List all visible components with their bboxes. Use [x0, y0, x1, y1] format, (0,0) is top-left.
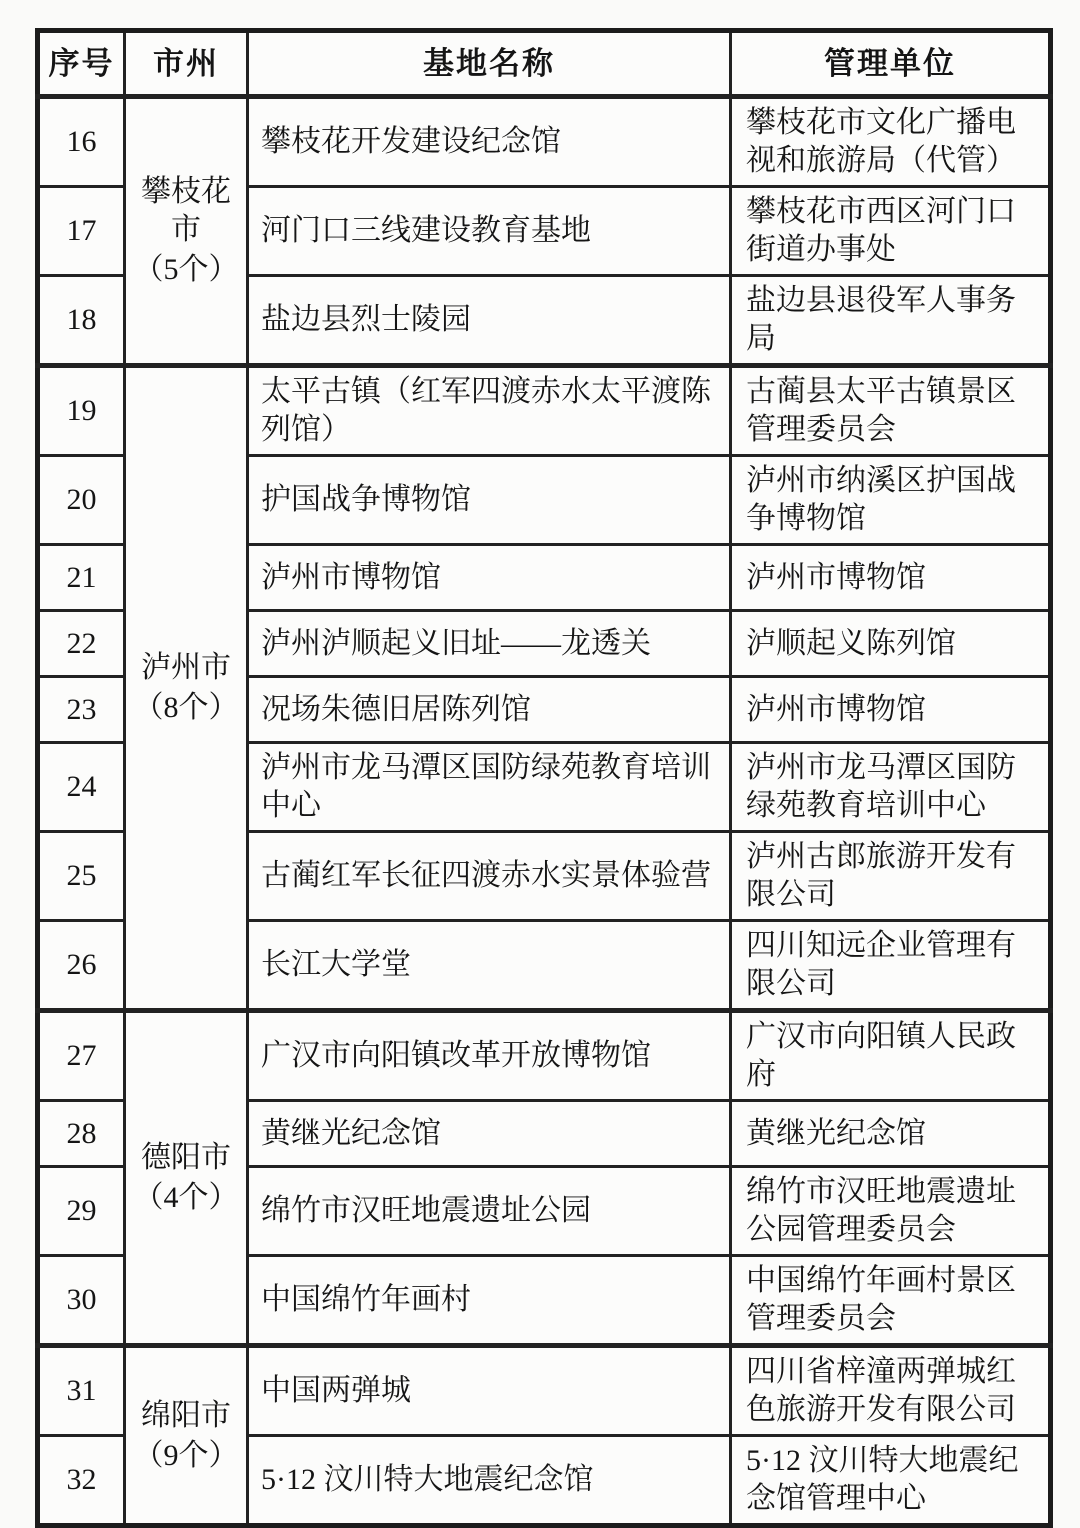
serial-number-cell: 21	[38, 545, 125, 611]
serial-number-cell: 31	[38, 1346, 125, 1436]
header-city: 市州	[125, 31, 248, 97]
base-name-cell: 古蔺红军长征四渡赤水实景体验营	[248, 832, 731, 921]
managing-unit-cell: 四川省梓潼两弹城红色旅游开发有限公司	[731, 1346, 1051, 1436]
city-group-cell: 德阳市（4个）	[125, 1011, 248, 1346]
managing-unit-cell: 四川知远企业管理有限公司	[731, 921, 1051, 1011]
serial-number-cell: 23	[38, 677, 125, 743]
managing-unit-cell: 盐边县退役军人事务局	[731, 276, 1051, 366]
managing-unit-cell: 泸州市纳溪区护国战争博物馆	[731, 456, 1051, 545]
table-row: 27德阳市（4个）广汉市向阳镇改革开放博物馆广汉市向阳镇人民政府	[38, 1011, 1051, 1101]
base-name-cell: 攀枝花开发建设纪念馆	[248, 97, 731, 187]
base-name-cell: 绵竹市汉旺地震遗址公园	[248, 1167, 731, 1256]
table-row: 16攀枝花市（5个）攀枝花开发建设纪念馆攀枝花市文化广播电视和旅游局（代管）	[38, 97, 1051, 187]
base-name-cell: 况场朱德旧居陈列馆	[248, 677, 731, 743]
document-page: 序号 市州 基地名称 管理单位 16攀枝花市（5个）攀枝花开发建设纪念馆攀枝花市…	[0, 0, 1080, 1528]
serial-number-cell: 27	[38, 1011, 125, 1101]
serial-number-cell: 26	[38, 921, 125, 1011]
city-name: 德阳市	[129, 1139, 243, 1177]
managing-unit-cell: 古蔺县太平古镇景区管理委员会	[731, 366, 1051, 456]
header-managing-unit: 管理单位	[731, 31, 1051, 97]
city-group-cell: 泸州市（8个）	[125, 366, 248, 1011]
base-name-cell: 泸州市博物馆	[248, 545, 731, 611]
serial-number-cell: 22	[38, 611, 125, 677]
managing-unit-cell: 泸州古郎旅游开发有限公司	[731, 832, 1051, 921]
managing-unit-cell: 攀枝花市文化广播电视和旅游局（代管）	[731, 97, 1051, 187]
base-name-cell: 广汉市向阳镇改革开放博物馆	[248, 1011, 731, 1101]
serial-number-cell: 28	[38, 1101, 125, 1167]
city-name: 攀枝花市	[129, 173, 243, 249]
city-count: （8个）	[129, 689, 243, 727]
city-group-cell: 攀枝花市（5个）	[125, 97, 248, 366]
serial-number-cell: 17	[38, 187, 125, 276]
table-row: 31绵阳市（9个）中国两弹城四川省梓潼两弹城红色旅游开发有限公司	[38, 1346, 1051, 1436]
table-body: 16攀枝花市（5个）攀枝花开发建设纪念馆攀枝花市文化广播电视和旅游局（代管）17…	[38, 97, 1051, 1527]
managing-unit-cell: 泸州市博物馆	[731, 545, 1051, 611]
serial-number-cell: 20	[38, 456, 125, 545]
serial-number-cell: 29	[38, 1167, 125, 1256]
base-name-cell: 中国两弹城	[248, 1346, 731, 1436]
serial-number-cell: 32	[38, 1436, 125, 1527]
managing-unit-cell: 黄继光纪念馆	[731, 1101, 1051, 1167]
base-name-cell: 泸州市龙马潭区国防绿苑教育培训中心	[248, 743, 731, 832]
serial-number-cell: 25	[38, 832, 125, 921]
managing-unit-cell: 中国绵竹年画村景区管理委员会	[731, 1256, 1051, 1346]
base-name-cell: 太平古镇（红军四渡赤水太平渡陈列馆）	[248, 366, 731, 456]
managing-unit-cell: 泸顺起义陈列馆	[731, 611, 1051, 677]
city-count: （9个）	[129, 1437, 243, 1475]
city-count: （5个）	[129, 251, 243, 289]
serial-number-cell: 19	[38, 366, 125, 456]
header-base-name: 基地名称	[248, 31, 731, 97]
managing-unit-cell: 泸州市博物馆	[731, 677, 1051, 743]
serial-number-cell: 30	[38, 1256, 125, 1346]
header-row: 序号 市州 基地名称 管理单位	[38, 31, 1051, 97]
serial-number-cell: 24	[38, 743, 125, 832]
managing-unit-cell: 5·12 汶川特大地震纪念馆管理中心	[731, 1436, 1051, 1527]
managing-unit-cell: 泸州市龙马潭区国防绿苑教育培训中心	[731, 743, 1051, 832]
header-serial-number: 序号	[38, 31, 125, 97]
base-name-cell: 泸州泸顺起义旧址——龙透关	[248, 611, 731, 677]
managing-unit-cell: 绵竹市汉旺地震遗址公园管理委员会	[731, 1167, 1051, 1256]
base-name-cell: 5·12 汶川特大地震纪念馆	[248, 1436, 731, 1527]
education-base-table: 序号 市州 基地名称 管理单位 16攀枝花市（5个）攀枝花开发建设纪念馆攀枝花市…	[35, 28, 1053, 1528]
table-row: 19泸州市（8个）太平古镇（红军四渡赤水太平渡陈列馆）古蔺县太平古镇景区管理委员…	[38, 366, 1051, 456]
city-name: 泸州市	[129, 649, 243, 687]
base-name-cell: 长江大学堂	[248, 921, 731, 1011]
base-name-cell: 护国战争博物馆	[248, 456, 731, 545]
base-name-cell: 中国绵竹年画村	[248, 1256, 731, 1346]
base-name-cell: 河门口三线建设教育基地	[248, 187, 731, 276]
managing-unit-cell: 广汉市向阳镇人民政府	[731, 1011, 1051, 1101]
city-group-cell: 绵阳市（9个）	[125, 1346, 248, 1527]
serial-number-cell: 18	[38, 276, 125, 366]
city-count: （4个）	[129, 1179, 243, 1217]
serial-number-cell: 16	[38, 97, 125, 187]
managing-unit-cell: 攀枝花市西区河门口街道办事处	[731, 187, 1051, 276]
base-name-cell: 盐边县烈士陵园	[248, 276, 731, 366]
city-name: 绵阳市	[129, 1397, 243, 1435]
base-name-cell: 黄继光纪念馆	[248, 1101, 731, 1167]
